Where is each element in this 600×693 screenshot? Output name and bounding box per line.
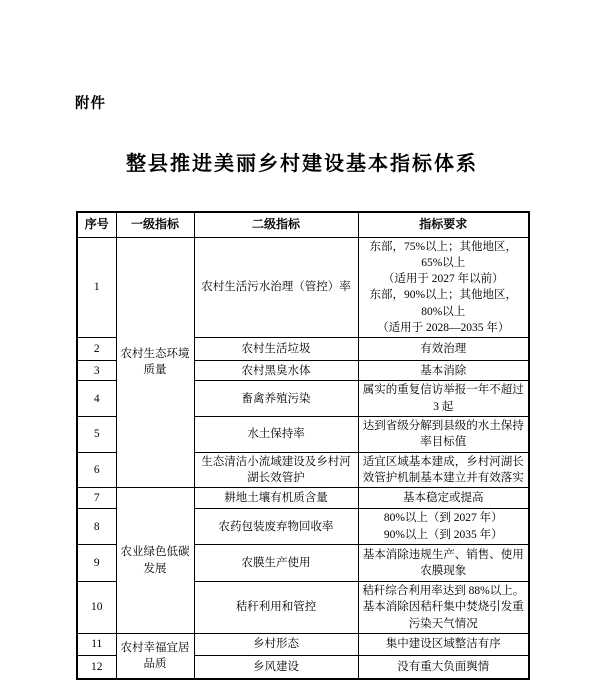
secondary-indicator-cell: 农村生活垃圾 [194,338,358,361]
table-row: 7 农业绿色低碳发展 耕地土壤有机质含量 基本稳定或提高 [77,488,529,509]
row-number-cell: 10 [77,582,116,634]
secondary-indicator-cell: 耕地土壤有机质含量 [194,488,358,509]
secondary-indicator-cell: 秸秆利用和管控 [194,582,358,634]
requirement-cell: 集中建设区域整洁有序 [358,634,529,656]
column-header-primary-indicator: 一级指标 [116,212,194,237]
secondary-indicator-cell: 畜禽养殖污染 [194,381,358,417]
row-number-cell: 5 [77,417,116,453]
row-number-cell: 7 [77,488,116,509]
indicator-table: 序号 一级指标 二级指标 指标要求 1 农村生态环境质量 农村生活污水治理（管控… [76,211,530,680]
requirement-cell: 适宜区域基本建成，乡村河湖长效管护机制基本建立并有效落实 [358,452,529,488]
requirement-cell: 没有重大负面舆情 [358,656,529,679]
row-number-cell: 4 [77,381,116,417]
document-page: { "page": { "attachment_label": "附件", "t… [0,0,600,693]
requirement-line: 东部，90%以上；其他地区，80%以上 [360,287,528,320]
secondary-indicator-cell: 水土保持率 [194,417,358,453]
row-number-cell: 9 [77,545,116,582]
requirement-cell: 属实的重复信访举报一年不超过 3 起 [358,381,529,417]
requirement-cell: 东部，75%以上；其他地区，65%以上 （适用于 2027 年以前） 东部，90… [358,237,529,338]
requirement-cell: 基本消除违规生产、销售、使用农膜现象 [358,545,529,582]
requirement-line: 90%以上（到 2035 年） [360,527,528,543]
secondary-indicator-cell: 农村黑臭水体 [194,361,358,381]
requirement-cell: 基本稳定或提高 [358,488,529,509]
row-number-cell: 6 [77,452,116,488]
requirement-line: 东部，75%以上；其他地区，65%以上 [360,239,528,272]
table-header-row: 序号 一级指标 二级指标 指标要求 [77,212,529,237]
attachment-label: 附件 [75,92,106,113]
table-row: 11 农村幸福宜居品质 乡村形态 集中建设区域整洁有序 [77,634,529,656]
secondary-indicator-cell: 生态清洁小流域建设及乡村河湖长效管护 [194,452,358,488]
secondary-indicator-cell: 乡村形态 [194,634,358,656]
requirement-line: （适用于 2028—2035 年） [360,320,528,336]
row-number-cell: 8 [77,509,116,545]
table-row: 1 农村生态环境质量 农村生活污水治理（管控）率 东部，75%以上；其他地区，6… [77,237,529,338]
row-number-cell: 11 [77,634,116,656]
primary-indicator-cell: 农村生态环境质量 [116,237,194,488]
secondary-indicator-cell: 农膜生产使用 [194,545,358,582]
requirement-cell: 基本消除 [358,361,529,381]
requirement-cell: 有效治理 [358,338,529,361]
column-header-secondary-indicator: 二级指标 [194,212,358,237]
row-number-cell: 12 [77,656,116,679]
requirement-cell: 80%以上（到 2027 年） 90%以上（到 2035 年） [358,509,529,545]
requirement-cell: 达到省级分解到县级的水土保持率目标值 [358,417,529,453]
requirement-line: 80%以上（到 2027 年） [360,510,528,526]
column-header-requirement: 指标要求 [358,212,529,237]
secondary-indicator-cell: 农药包装废弃物回收率 [194,509,358,545]
row-number-cell: 2 [77,338,116,361]
primary-indicator-cell: 农业绿色低碳发展 [116,488,194,634]
primary-indicator-cell: 农村幸福宜居品质 [116,634,194,679]
secondary-indicator-cell: 乡风建设 [194,656,358,679]
requirement-cell: 秸秆综合利用率达到 88%以上。基本消除因秸秆集中焚烧引发重污染天气情况 [358,582,529,634]
row-number-cell: 1 [77,237,116,338]
secondary-indicator-cell: 农村生活污水治理（管控）率 [194,237,358,338]
page-title: 整县推进美丽乡村建设基本指标体系 [76,147,528,176]
column-header-no: 序号 [77,212,116,237]
requirement-line: （适用于 2027 年以前） [360,271,528,287]
row-number-cell: 3 [77,361,116,381]
